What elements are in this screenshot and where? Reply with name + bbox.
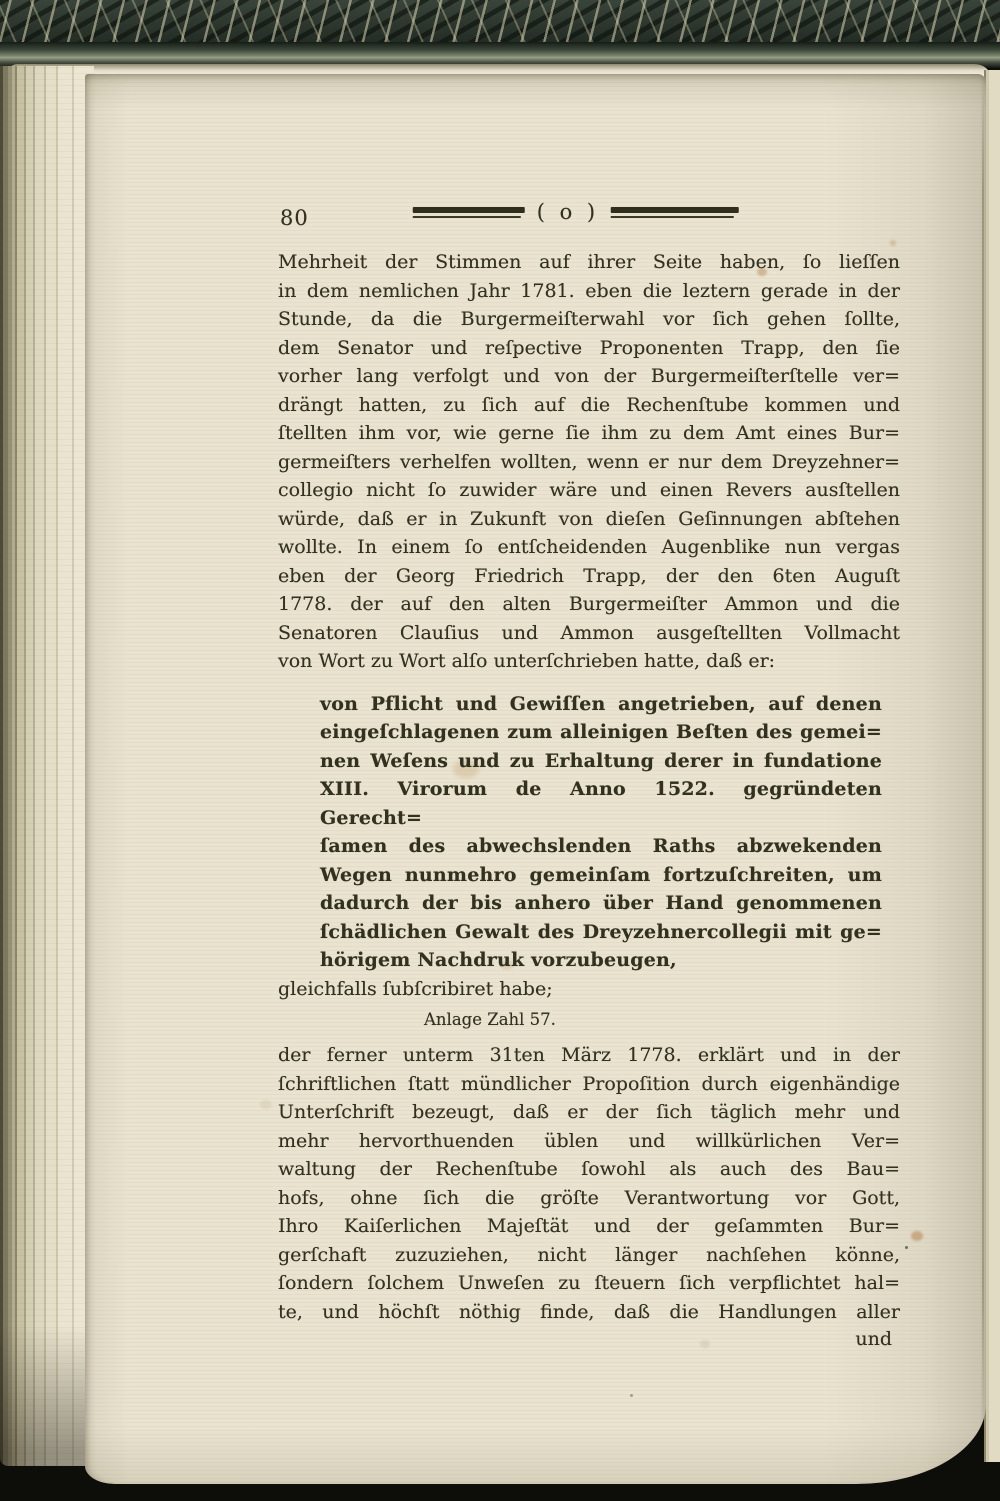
text-line: von Wort zu Wort alſo unterſchrieben hat… [278, 647, 900, 676]
text-line: nen Weſens und zu Erhaltung derer in fun… [320, 747, 882, 776]
text-line: in dem nemlichen Jahr 1781. eben die lez… [278, 277, 900, 306]
ornament-center-text: ( o ) [537, 200, 599, 224]
text-line: Mehrheit der Stimmen auf ihrer Seite hab… [278, 248, 900, 277]
text-line: Stunde, da die Burgermeiſterwahl vor ſic… [278, 305, 900, 334]
text-line: Senatoren Clauſius und Ammon ausgeſtellt… [278, 619, 900, 648]
adjacent-page-edge [984, 70, 1000, 1462]
book-photo: 80 ( o ) Mehrheit der Stimmen auf ihrer … [0, 0, 1000, 1501]
closing-line: gleichfalls ſubſcribiret habe; [278, 975, 900, 1004]
text-line: Wegen nunmehro gemeinſam fortzuſchreiten… [320, 861, 882, 890]
text-line: wollte. In einem ſo entſcheidenden Augen… [278, 533, 900, 562]
catchword: und [278, 1326, 900, 1352]
page-stack-left-edge [0, 66, 94, 1466]
text-line: Unterſchrift bezeugt, daß er der ſich tä… [278, 1098, 900, 1127]
book-page: 80 ( o ) Mehrheit der Stimmen auf ihrer … [85, 74, 986, 1484]
text-line: ſtellten ihm vor, wie gerne ſie ihm zu d… [278, 419, 900, 448]
text-line: hörigem Nachdruk vorzubeugen, [320, 946, 882, 975]
text-line: dem Senator und reſpective Proponenten T… [278, 334, 900, 363]
text-line: 1778. der auf den alten Burgermeiſter Am… [278, 590, 900, 619]
text-line: collegio nicht ſo zuwider wäre und einen… [278, 476, 900, 505]
text-line: germeiſters verhelfen wollten, wenn er n… [278, 448, 900, 477]
text-line: gerſchaft zuzuziehen, nicht länger nachſ… [278, 1241, 900, 1270]
text-line: waltung der Rechenſtube ſowohl als auch … [278, 1155, 900, 1184]
page-number: 80 [280, 206, 309, 230]
page-header: 80 ( o ) [278, 196, 900, 232]
text-line: von Pflicht und Gewiſſen angetrieben, au… [320, 690, 882, 719]
foxing-spot [260, 1100, 272, 1109]
text-line: Ihro Kaiſerlichen Majeſtät und der geſam… [278, 1212, 900, 1241]
text-line: der ferner unterm 31ten März 1778. erklä… [278, 1041, 900, 1070]
text-line: drängt hatten, zu ſich auf die Rechenſtu… [278, 391, 900, 420]
text-line: XIII. Virorum de Anno 1522. gegründeten … [320, 775, 882, 832]
ink-speck [905, 1246, 908, 1249]
text-line: ſamen des abwechslenden Raths abzwekende… [320, 832, 882, 861]
foxing-spot [911, 1231, 923, 1241]
text-line: würde, daß er in Zukunft von dieſen Geſi… [278, 505, 900, 534]
ornament-rule-right [611, 207, 739, 218]
text-column: 80 ( o ) Mehrheit der Stimmen auf ihrer … [278, 196, 900, 1352]
text-line: te, und höchſt nöthig finde, daß die Han… [278, 1298, 900, 1327]
text-line: vorher lang verfolgt und von der Burgerm… [278, 362, 900, 391]
quotation-block: von Pflicht und Gewiſſen angetrieben, au… [320, 690, 882, 975]
ornament-rule-left [413, 207, 525, 218]
text-line: dadurch der bis anhero über Hand genomme… [320, 889, 882, 918]
text-line: eingeſchlagenen zum alleinigen Beſten de… [320, 718, 882, 747]
text-line: mehr hervorthuenden üblen und willkürlic… [278, 1127, 900, 1156]
book-cover-top-edge [0, 0, 1000, 44]
text-line: hofs, ohne ſich die gröſte Verantwortung… [278, 1184, 900, 1213]
text-line: ſchriftlichen ſtatt mündlicher Propoſiti… [278, 1070, 900, 1099]
paragraph-1: Mehrheit der Stimmen auf ihrer Seite hab… [278, 248, 900, 676]
text-line: ſondern ſolchem Unweſen zu ſteuern ſich … [278, 1269, 900, 1298]
annex-reference: Anlage Zahl 57. [424, 1009, 900, 1031]
text-line: eben der Georg Friedrich Trapp, der den … [278, 562, 900, 591]
ink-speck [630, 1394, 633, 1397]
paragraph-2: der ferner unterm 31ten März 1778. erklä… [278, 1041, 900, 1326]
text-line: ſchädlichen Gewalt des Dreyzehnercollegi… [320, 918, 882, 947]
header-ornament: ( o ) [413, 200, 739, 224]
